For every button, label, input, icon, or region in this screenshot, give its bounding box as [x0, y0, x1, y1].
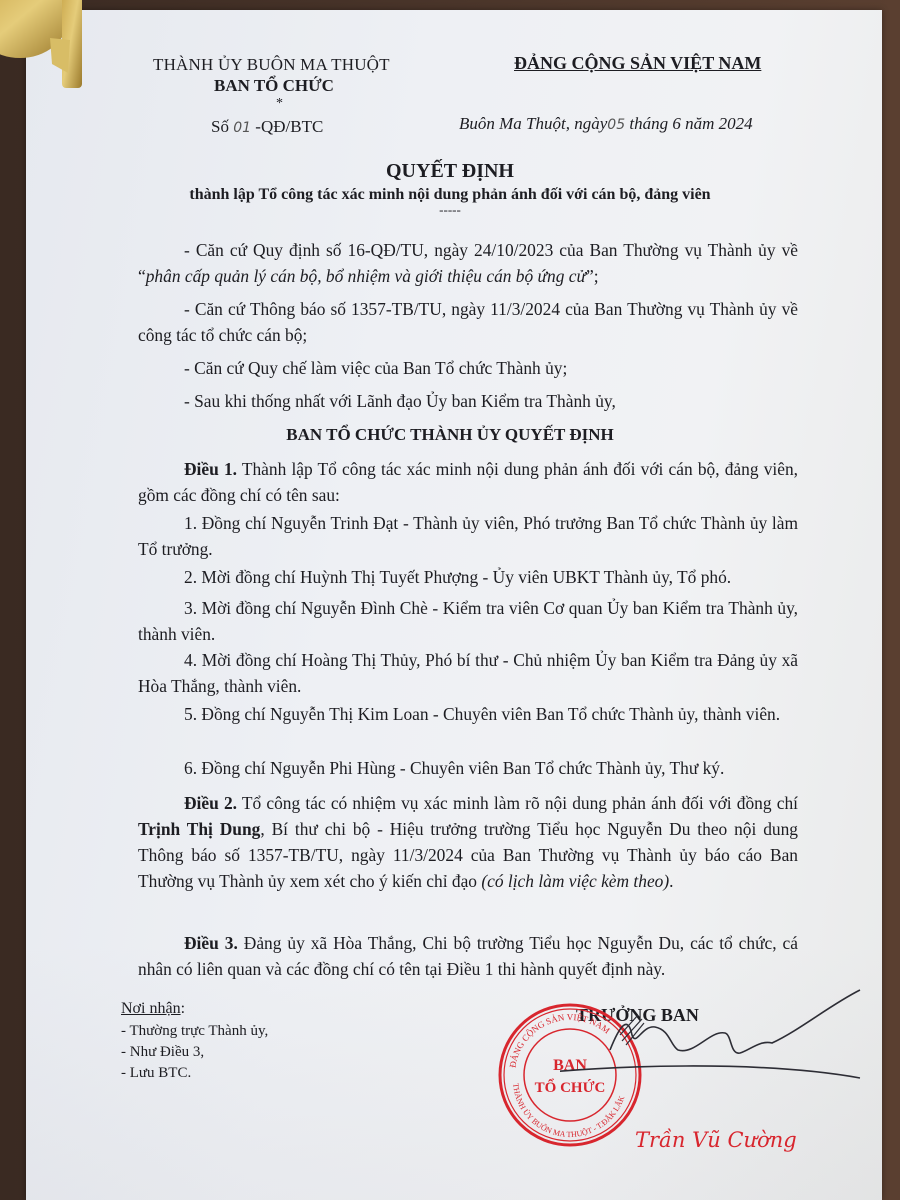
article-2-name: Trịnh Thị Dung [138, 819, 260, 839]
basis-4-text: - Sau khi thống nhất với Lãnh đạo Ủy ban… [184, 391, 616, 411]
org-department: BAN TỔ CHỨC [214, 76, 334, 96]
article-2-label: Điều 2. [184, 793, 237, 813]
article-1-text: Thành lập Tổ công tác xác minh nội dung … [138, 459, 798, 505]
basis-1: - Căn cứ Quy định số 16-QĐ/TU, ngày 24/1… [138, 237, 798, 289]
article-2-end: . [669, 871, 673, 891]
member-1: 1. Đồng chí Nguyễn Trinh Đạt - Thành ủy … [138, 510, 798, 562]
keys-icon [0, 0, 100, 93]
basis-4: - Sau khi thống nhất với Lãnh đạo Ủy ban… [138, 388, 798, 414]
document-number: Số 01 -QĐ/BTC [211, 117, 323, 137]
basis-2: - Căn cứ Thông báo số 1357-TB/TU, ngày 1… [138, 296, 798, 348]
recipient-2: - Như Điều 3, [121, 1044, 204, 1061]
party-name: ĐẢNG CỘNG SẢN VIỆT NAM [514, 53, 761, 74]
number-handwritten: 01 [233, 120, 251, 136]
document-date: Buôn Ma Thuột, ngày05 tháng 6 năm 2024 [459, 114, 753, 134]
member-4: 4. Mời đồng chí Hoàng Thị Thủy, Phó bí t… [138, 647, 798, 699]
basis-2-text: - Căn cứ Thông báo số 1357-TB/TU, ngày 1… [138, 299, 798, 345]
article-2: Điều 2. Tổ công tác có nhiệm vụ xác minh… [138, 790, 798, 894]
article-3-text: Đảng ủy xã Hòa Thắng, Chi bộ trường Tiểu… [138, 933, 798, 979]
basis-1-end: ”; [586, 266, 599, 286]
article-1-label: Điều 1. [184, 459, 237, 479]
member-6-text: 6. Đồng chí Nguyễn Phi Hùng - Chuyên viê… [184, 758, 724, 778]
recipients-heading-text: Nơi nhận [121, 1000, 181, 1017]
member-5-text: 5. Đồng chí Nguyễn Thị Kim Loan - Chuyên… [184, 704, 780, 724]
member-2: 2. Mời đồng chí Huỳnh Thị Tuyết Phượng -… [138, 564, 798, 590]
recipients-heading: Nơi nhận: [121, 1000, 185, 1018]
header-star: * [276, 96, 283, 112]
recipients-colon: : [181, 1000, 185, 1018]
document-title: QUYẾT ĐỊNH [0, 160, 900, 183]
article-2-text-a: Tổ công tác có nhiệm vụ xác minh làm rõ … [237, 793, 798, 813]
article-2-italic: (có lịch làm việc kèm theo) [481, 871, 669, 891]
date-day-handwritten: 05 [607, 117, 625, 133]
basis-1-italic: phân cấp quản lý cán bộ, bổ nhiệm và giớ… [146, 266, 586, 286]
recipient-1: - Thường trực Thành ủy, [121, 1023, 268, 1040]
number-prefix: Số [211, 117, 233, 136]
article-3-label: Điều 3. [184, 933, 238, 953]
member-3-text: 3. Mời đồng chí Nguyễn Đình Chè - Kiểm t… [138, 598, 798, 644]
title-separator: ----- [0, 202, 900, 218]
member-2-text: 2. Mời đồng chí Huỳnh Thị Tuyết Phượng -… [184, 567, 731, 587]
handwritten-signature [560, 975, 880, 1095]
article-1: Điều 1. Thành lập Tổ công tác xác minh n… [138, 456, 798, 508]
member-4-text: 4. Mời đồng chí Hoàng Thị Thủy, Phó bí t… [138, 650, 798, 696]
member-5: 5. Đồng chí Nguyễn Thị Kim Loan - Chuyên… [138, 701, 798, 727]
org-name: THÀNH ỦY BUÔN MA THUỘT [153, 55, 390, 75]
decision-heading: BAN TỔ CHỨC THÀNH ỦY QUYẾT ĐỊNH [0, 425, 900, 445]
member-3: 3. Mời đồng chí Nguyễn Đình Chè - Kiểm t… [138, 595, 798, 647]
signer-name: Trần Vũ Cường [635, 1128, 797, 1152]
basis-3-text: - Căn cứ Quy chế làm việc của Ban Tổ chứ… [184, 358, 567, 378]
basis-3: - Căn cứ Quy chế làm việc của Ban Tổ chứ… [138, 355, 798, 381]
member-1-text: 1. Đồng chí Nguyễn Trinh Đạt - Thành ủy … [138, 513, 798, 559]
date-prefix: Buôn Ma Thuột, ngày [459, 114, 607, 133]
date-suffix: tháng 6 năm 2024 [625, 114, 753, 133]
recipient-3: - Lưu BTC. [121, 1065, 191, 1082]
member-6: 6. Đồng chí Nguyễn Phi Hùng - Chuyên viê… [138, 755, 798, 781]
number-suffix: -QĐ/BTC [251, 117, 323, 136]
